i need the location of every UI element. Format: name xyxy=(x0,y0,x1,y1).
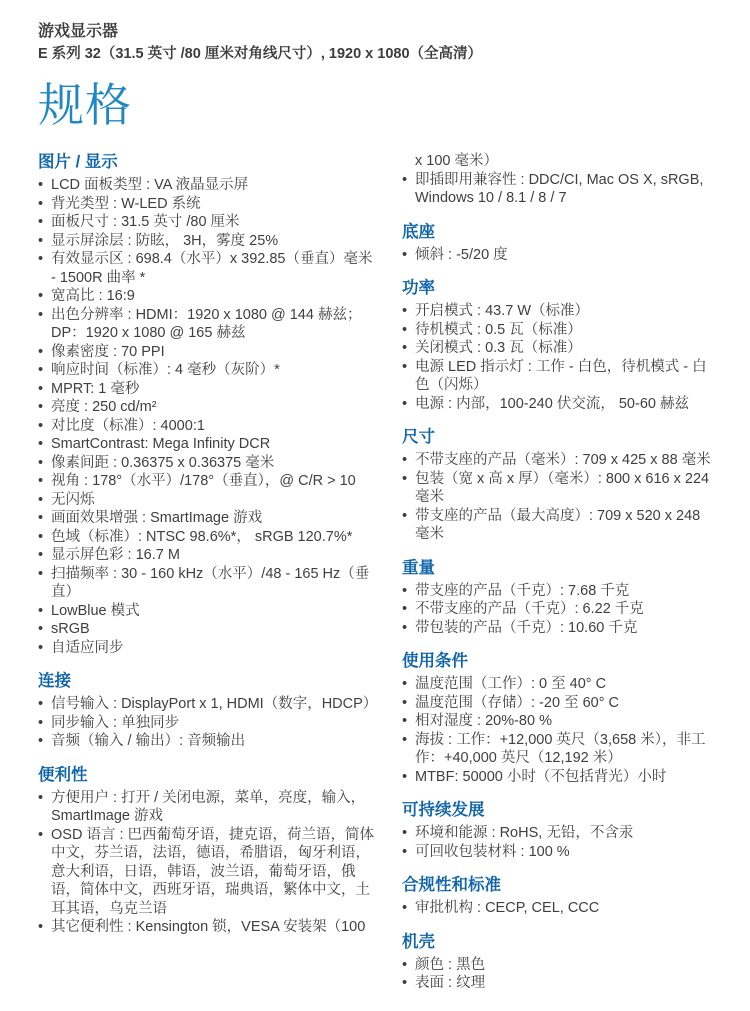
spec-section: 图片 / 显示LCD 面板类型 : VA 液晶显示屏背光类型 : W-LED 系… xyxy=(38,152,380,657)
spec-item: 色域（标准）: NTSC 98.6%*， sRGB 120.7%* xyxy=(38,528,380,547)
section-heading: 可持续发展 xyxy=(402,800,716,821)
spec-item: 背光类型 : W-LED 系统 xyxy=(38,195,380,214)
spec-item: 自适应同步 xyxy=(38,639,380,658)
section-heading: 底座 xyxy=(402,222,716,243)
section-heading: 重量 xyxy=(402,558,716,579)
spec-list: x 100 毫米）即插即用兼容性 : DDC/CI, Mac OS X, sRG… xyxy=(402,152,716,208)
spec-item: 宽高比 : 16:9 xyxy=(38,287,380,306)
spec-item: 电源 : 内部，100-240 伏交流， 50-60 赫兹 xyxy=(402,395,716,414)
spec-item: 温度范围（工作）: 0 至 40° C xyxy=(402,675,716,694)
spec-list: LCD 面板类型 : VA 液晶显示屏背光类型 : W-LED 系统面板尺寸 :… xyxy=(38,176,380,657)
spec-item: 扫描频率 : 30 - 160 kHz（水平）/48 - 165 Hz（垂直） xyxy=(38,565,380,602)
spec-list: 颜色 : 黑色表面 : 纹理 xyxy=(402,956,716,993)
spec-list: 倾斜 : -5/20 度 xyxy=(402,246,716,265)
spec-item: OSD 语言 : 巴西葡萄牙语，捷克语，荷兰语，简体中文，芬兰语，法语，德语，希… xyxy=(38,826,380,919)
section-heading: 连接 xyxy=(38,671,380,692)
spec-section: 合规性和标准审批机构 : CECP, CEL, CCC xyxy=(402,875,716,918)
spec-item-continuation: x 100 毫米） xyxy=(402,152,716,171)
section-heading: 机壳 xyxy=(402,932,716,953)
spec-item: MPRT: 1 毫秒 xyxy=(38,380,380,399)
spec-item: 信号输入 : DisplayPort x 1, HDMI（数字，HDCP） xyxy=(38,695,380,714)
spec-section: 使用条件温度范围（工作）: 0 至 40° C温度范围（存储）: -20 至 6… xyxy=(402,651,716,786)
spec-item: 显示屏色彩 : 16.7 M xyxy=(38,546,380,565)
section-heading: 便利性 xyxy=(38,765,380,786)
product-type: 游戏显示器 xyxy=(38,22,716,42)
spec-list: 温度范围（工作）: 0 至 40° C温度范围（存储）: -20 至 60° C… xyxy=(402,675,716,786)
spec-item: 无闪烁 xyxy=(38,491,380,510)
spec-item: 其它便利性 : Kensington 锁，VESA 安装架（100 xyxy=(38,918,380,937)
spec-item: sRGB xyxy=(38,620,380,639)
spec-item: 不带支座的产品（千克）: 6.22 千克 xyxy=(402,600,716,619)
spec-item: 像素密度 : 70 PPI xyxy=(38,343,380,362)
spec-item: LCD 面板类型 : VA 液晶显示屏 xyxy=(38,176,380,195)
spec-item: 海拔 : 工作：+12,000 英尺（3,658 米），非工作：+40,000 … xyxy=(402,731,716,768)
section-heading: 合规性和标准 xyxy=(402,875,716,896)
page-header: 游戏显示器 E 系列 32（31.5 英寸 /80 厘米对角线尺寸）, 1920… xyxy=(38,22,716,130)
spec-item: 亮度 : 250 cd/m² xyxy=(38,398,380,417)
spec-sheet-page: 游戏显示器 E 系列 32（31.5 英寸 /80 厘米对角线尺寸）, 1920… xyxy=(0,0,750,1011)
spec-item: 表面 : 纹理 xyxy=(402,974,716,993)
spec-list: 不带支座的产品（毫米）: 709 x 425 x 88 毫米包装（宽 x 高 x… xyxy=(402,451,716,544)
spec-section: 可持续发展环境和能源 : RoHS, 无铅，不含汞可回收包装材料 : 100 % xyxy=(402,800,716,861)
spec-item: 环境和能源 : RoHS, 无铅，不含汞 xyxy=(402,824,716,843)
spec-item: 颜色 : 黑色 xyxy=(402,956,716,975)
spec-list: 审批机构 : CECP, CEL, CCC xyxy=(402,899,716,918)
spec-list: 信号输入 : DisplayPort x 1, HDMI（数字，HDCP）同步输… xyxy=(38,695,380,751)
section-heading: 尺寸 xyxy=(402,427,716,448)
spec-list: 方便用户 : 打开 / 关闭电源，菜单，亮度，输入，SmartImage 游戏O… xyxy=(38,789,380,937)
spec-section: 重量带支座的产品（千克）: 7.68 千克不带支座的产品（千克）: 6.22 千… xyxy=(402,558,716,638)
spec-item: LowBlue 模式 xyxy=(38,602,380,621)
spec-list: 带支座的产品（千克）: 7.68 千克不带支座的产品（千克）: 6.22 千克带… xyxy=(402,582,716,638)
spec-section: 机壳颜色 : 黑色表面 : 纹理 xyxy=(402,932,716,993)
product-model: E 系列 32（31.5 英寸 /80 厘米对角线尺寸）, 1920 x 108… xyxy=(38,44,716,64)
spec-item: MTBF: 50000 小时（不包括背光）小时 xyxy=(402,768,716,787)
spec-item: 关闭模式 : 0.3 瓦（标准） xyxy=(402,339,716,358)
spec-item: 显示屏涂层 : 防眩， 3H，雾度 25% xyxy=(38,232,380,251)
spec-item: 方便用户 : 打开 / 关闭电源，菜单，亮度，输入，SmartImage 游戏 xyxy=(38,789,380,826)
spec-item: 同步输入 : 单独同步 xyxy=(38,714,380,733)
right-column: x 100 毫米）即插即用兼容性 : DDC/CI, Mac OS X, sRG… xyxy=(402,152,716,993)
spec-item: 电源 LED 指示灯 : 工作 - 白色，待机模式 - 白色（闪烁） xyxy=(402,358,716,395)
spec-item: 可回收包装材料 : 100 % xyxy=(402,843,716,862)
spec-section: 功率开启模式 : 43.7 W（标准）待机模式 : 0.5 瓦（标准）关闭模式 … xyxy=(402,278,716,413)
spec-section: 便利性方便用户 : 打开 / 关闭电源，菜单，亮度，输入，SmartImage … xyxy=(38,765,380,937)
page-title: 规格 xyxy=(38,80,716,130)
section-heading: 图片 / 显示 xyxy=(38,152,380,173)
spec-item: 温度范围（存储）: -20 至 60° C xyxy=(402,694,716,713)
spec-item: 带包装的产品（千克）: 10.60 千克 xyxy=(402,619,716,638)
spec-section: x 100 毫米）即插即用兼容性 : DDC/CI, Mac OS X, sRG… xyxy=(402,152,716,208)
section-heading: 使用条件 xyxy=(402,651,716,672)
spec-section: 连接信号输入 : DisplayPort x 1, HDMI（数字，HDCP）同… xyxy=(38,671,380,751)
spec-section: 尺寸不带支座的产品（毫米）: 709 x 425 x 88 毫米包装（宽 x 高… xyxy=(402,427,716,544)
spec-item: 像素间距 : 0.36375 x 0.36375 毫米 xyxy=(38,454,380,473)
spec-item: 响应时间（标准）: 4 毫秒（灰阶）* xyxy=(38,361,380,380)
spec-list: 开启模式 : 43.7 W（标准）待机模式 : 0.5 瓦（标准）关闭模式 : … xyxy=(402,302,716,413)
spec-item: 对比度（标准）: 4000:1 xyxy=(38,417,380,436)
spec-item: 面板尺寸 : 31.5 英寸 /80 厘米 xyxy=(38,213,380,232)
spec-item: 视角 : 178°（水平）/178°（垂直），@ C/R > 10 xyxy=(38,472,380,491)
spec-item: 带支座的产品（最大高度）: 709 x 520 x 248 毫米 xyxy=(402,507,716,544)
spec-item: 带支座的产品（千克）: 7.68 千克 xyxy=(402,582,716,601)
spec-section: 底座倾斜 : -5/20 度 xyxy=(402,222,716,265)
spec-item: 相对湿度 : 20%-80 % xyxy=(402,712,716,731)
section-heading: 功率 xyxy=(402,278,716,299)
spec-item: 审批机构 : CECP, CEL, CCC xyxy=(402,899,716,918)
spec-list: 环境和能源 : RoHS, 无铅，不含汞可回收包装材料 : 100 % xyxy=(402,824,716,861)
spec-item: 画面效果增强 : SmartImage 游戏 xyxy=(38,509,380,528)
spec-item: 不带支座的产品（毫米）: 709 x 425 x 88 毫米 xyxy=(402,451,716,470)
spec-columns: 图片 / 显示LCD 面板类型 : VA 液晶显示屏背光类型 : W-LED 系… xyxy=(38,152,716,993)
spec-item: 音频（输入 / 输出）: 音频输出 xyxy=(38,732,380,751)
spec-item: 即插即用兼容性 : DDC/CI, Mac OS X, sRGB, Window… xyxy=(402,171,716,208)
spec-item: 包装（宽 x 高 x 厚）（毫米）: 800 x 616 x 224 毫米 xyxy=(402,470,716,507)
spec-item: 倾斜 : -5/20 度 xyxy=(402,246,716,265)
spec-item: SmartContrast: Mega Infinity DCR xyxy=(38,435,380,454)
spec-item: 出色分辨率 : HDMI：1920 x 1080 @ 144 赫兹；DP：192… xyxy=(38,306,380,343)
left-column: 图片 / 显示LCD 面板类型 : VA 液晶显示屏背光类型 : W-LED 系… xyxy=(38,152,380,937)
spec-item: 开启模式 : 43.7 W（标准） xyxy=(402,302,716,321)
spec-item: 待机模式 : 0.5 瓦（标准） xyxy=(402,321,716,340)
spec-item: 有效显示区 : 698.4（水平）x 392.85（垂直）毫米 - 1500R … xyxy=(38,250,380,287)
